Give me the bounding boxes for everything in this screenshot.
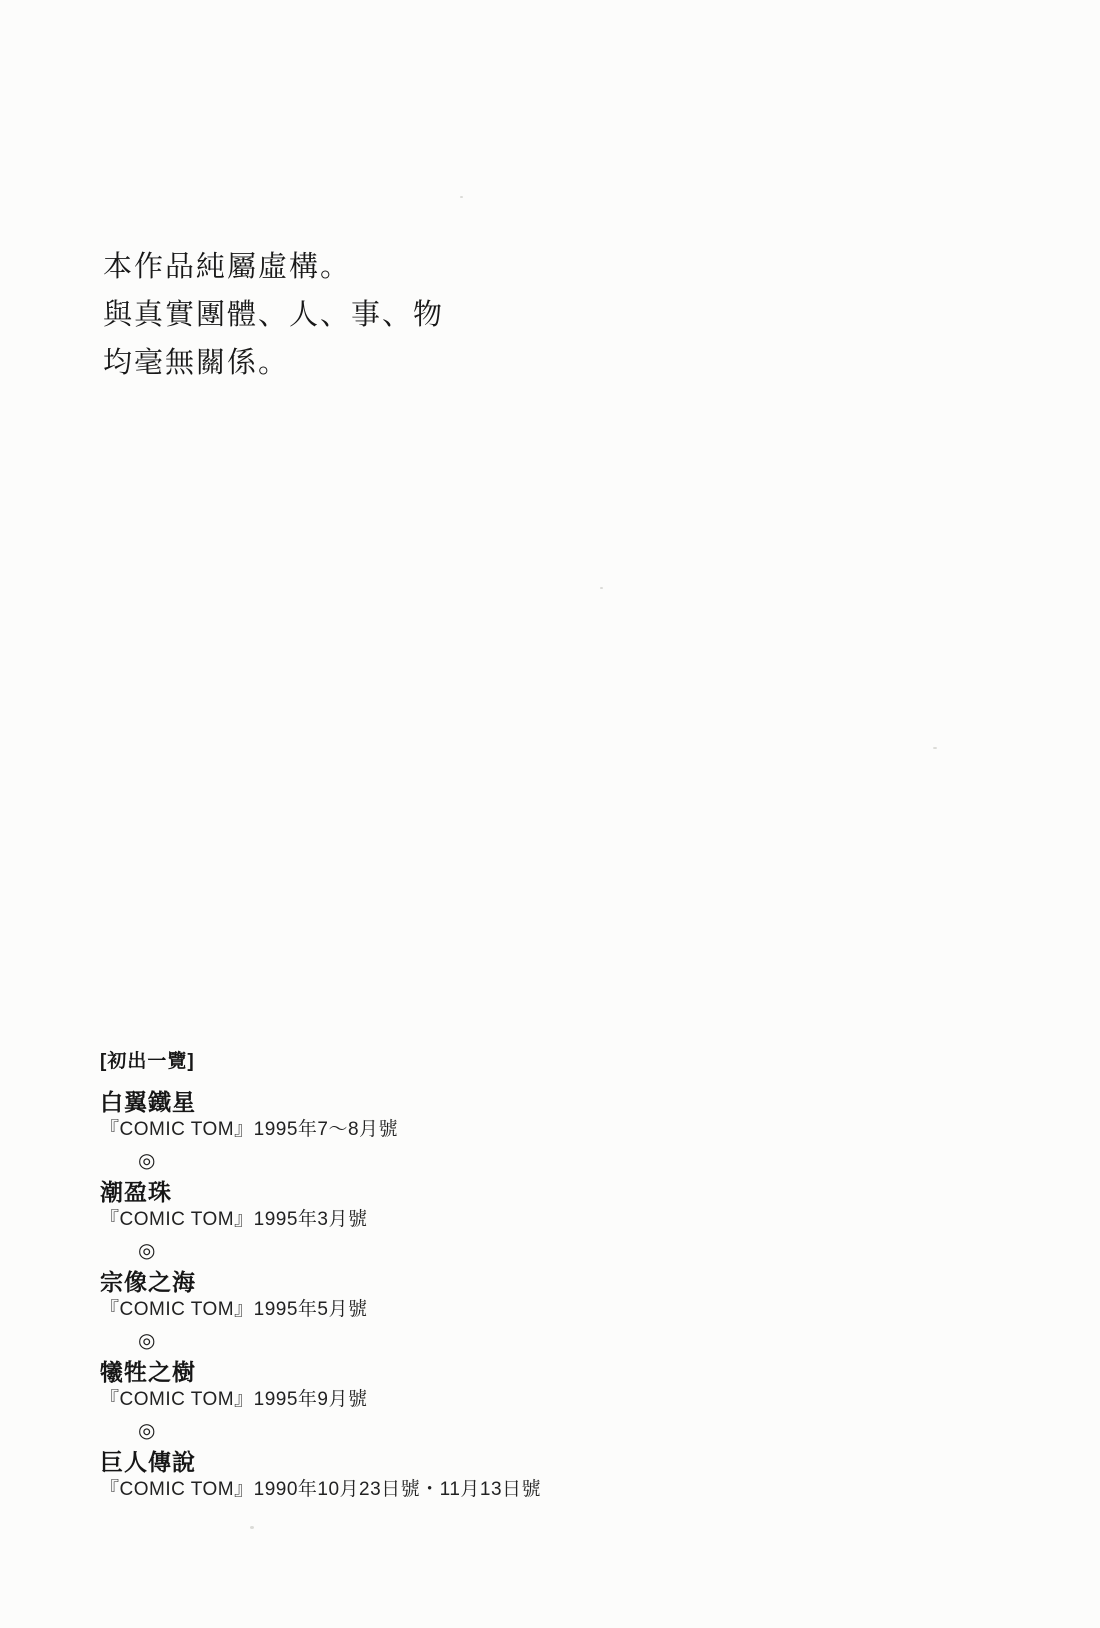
scan-speck — [600, 587, 603, 589]
scan-speck — [933, 747, 937, 749]
work-title: 宗像之海 — [100, 1268, 541, 1296]
book-colophon-page: 本作品純屬虛構。 與真實團體、人、事、物 均毫無關係。 [初出一覽] 白翼鐵星 … — [0, 0, 1100, 1628]
work-issue: 『COMIC TOM』1995年5月號 — [100, 1296, 541, 1324]
disclaimer-line-2: 與真實團體、人、事、物 — [103, 291, 444, 339]
work-issue: 『COMIC TOM』1995年7〜8月號 — [100, 1116, 541, 1144]
bullseye-separator-icon: ◎ — [138, 1414, 541, 1448]
bullseye-separator-icon: ◎ — [138, 1234, 541, 1268]
work-title: 白翼鐵星 — [100, 1088, 541, 1116]
work-title: 潮盈珠 — [100, 1178, 541, 1206]
bullseye-separator-icon: ◎ — [138, 1144, 541, 1178]
fiction-disclaimer: 本作品純屬虛構。 與真實團體、人、事、物 均毫無關係。 — [103, 243, 444, 387]
work-issue: 『COMIC TOM』1990年10月23日號・11月13日號 — [100, 1476, 541, 1504]
publication-list-heading: [初出一覽] — [100, 1046, 541, 1073]
first-publication-list: [初出一覽] 白翼鐵星 『COMIC TOM』1995年7〜8月號 ◎ 潮盈珠 … — [100, 1046, 541, 1504]
work-issue: 『COMIC TOM』1995年3月號 — [100, 1206, 541, 1234]
publication-entry: 白翼鐵星 『COMIC TOM』1995年7〜8月號 — [100, 1088, 541, 1144]
scan-speck — [250, 1526, 254, 1529]
publication-entry: 宗像之海 『COMIC TOM』1995年5月號 — [100, 1268, 541, 1324]
work-title: 犧牲之樹 — [100, 1358, 541, 1386]
scan-speck — [460, 196, 463, 198]
work-title: 巨人傳說 — [100, 1448, 541, 1476]
publication-entry: 巨人傳說 『COMIC TOM』1990年10月23日號・11月13日號 — [100, 1448, 541, 1504]
publication-entry: 犧牲之樹 『COMIC TOM』1995年9月號 — [100, 1358, 541, 1414]
disclaimer-line-1: 本作品純屬虛構。 — [103, 243, 444, 291]
publication-entry: 潮盈珠 『COMIC TOM』1995年3月號 — [100, 1178, 541, 1234]
work-issue: 『COMIC TOM』1995年9月號 — [100, 1386, 541, 1414]
disclaimer-line-3: 均毫無關係。 — [103, 339, 444, 387]
bullseye-separator-icon: ◎ — [138, 1324, 541, 1358]
